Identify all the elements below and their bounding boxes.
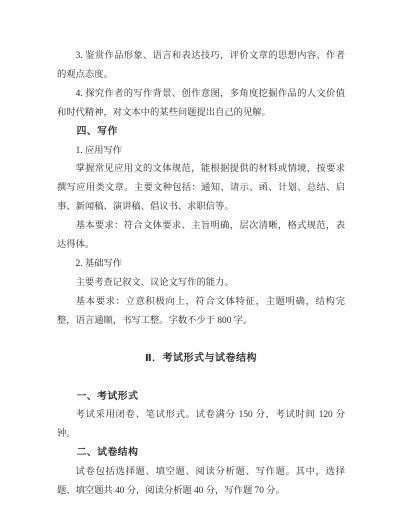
para-applied-writing-requirements: 基本要求：符合文体要求、主旨明确，层次清晰，格式规范，表达得体。 bbox=[57, 217, 345, 255]
heading-exam-form: 一、考试形式 bbox=[57, 388, 345, 407]
para-applied-writing-description: 掌握常见应用文的文体规范，能根据提供的材料或情境，按要求撰写应用类文章。主要文种… bbox=[57, 160, 345, 217]
section2-title: Ⅱ．考试形式与试卷结构 bbox=[57, 350, 345, 369]
para-exam-form: 考试采用闭卷、笔试形式。试卷满分 150 分，考试时间 120 分钟。 bbox=[57, 406, 345, 444]
document-page: 3. 鉴赏作品形象、语言和表达技巧，评价文章的思想内容、作者的观点态度。 4. … bbox=[0, 0, 400, 509]
para-exploration-item-4: 4. 探究作者的写作背景、创作意图，多角度挖掘作品的人文价值和时代精神，对文本中… bbox=[57, 85, 345, 123]
para-paper-structure: 试卷包括选择题、填空题、阅读分析题、写作题。其中，选择题、填空题共 40 分，阅… bbox=[57, 463, 345, 501]
subheading-applied-writing: 1. 应用写作 bbox=[57, 142, 345, 161]
subheading-basic-writing: 2. 基础写作 bbox=[57, 255, 345, 274]
heading-section-writing: 四、写作 bbox=[57, 123, 345, 142]
para-appreciation-item-3: 3. 鉴赏作品形象、语言和表达技巧，评价文章的思想内容、作者的观点态度。 bbox=[57, 47, 345, 85]
heading-paper-structure: 二、试卷结构 bbox=[57, 444, 345, 463]
para-basic-writing-requirements: 基本要求：立意积极向上，符合文体特征，主题明确，结构完整，语言通顺，书写工整。字… bbox=[57, 293, 345, 331]
para-basic-writing-description: 主要考查记叙文、议论文写作的能力。 bbox=[57, 274, 345, 293]
